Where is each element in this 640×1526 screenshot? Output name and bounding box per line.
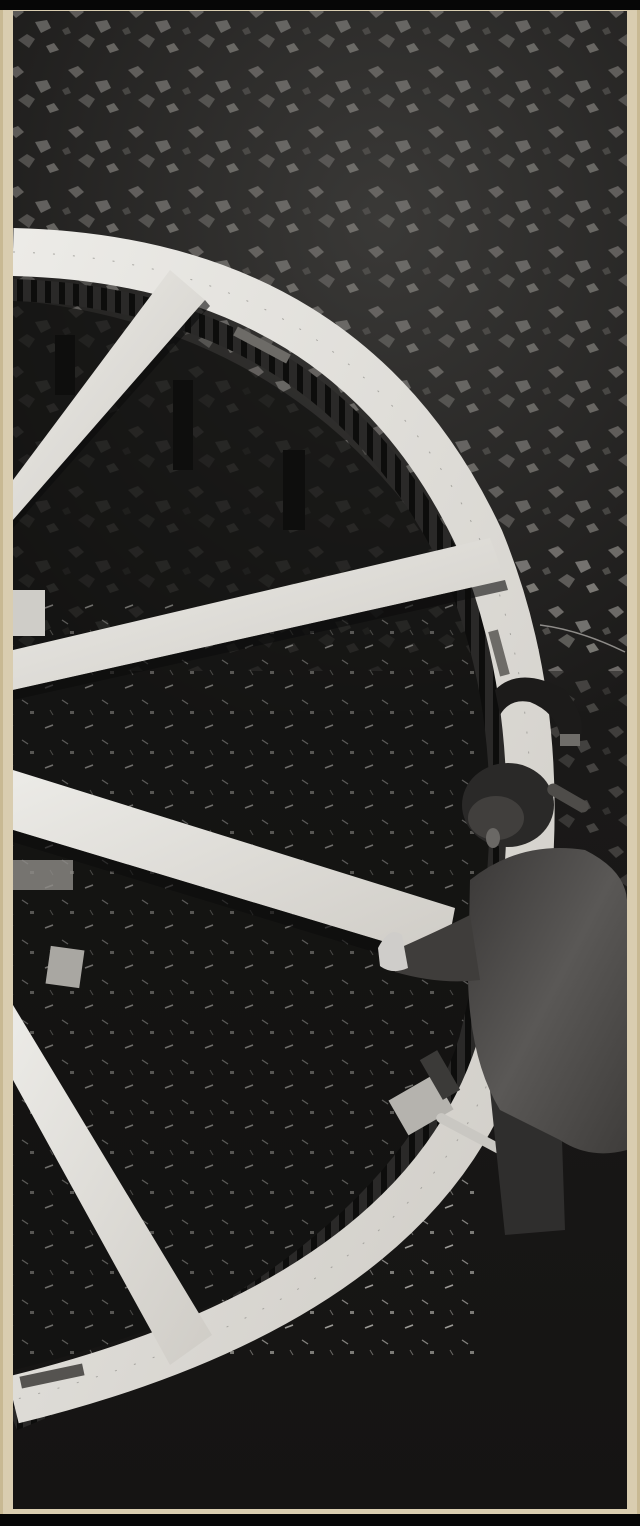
photograph [13, 11, 627, 1509]
top-black-border [0, 0, 640, 10]
mount-edge-left [0, 10, 3, 1514]
bottom-black-border [0, 1514, 640, 1526]
wood-block [13, 590, 45, 636]
photo-scene [13, 11, 627, 1509]
